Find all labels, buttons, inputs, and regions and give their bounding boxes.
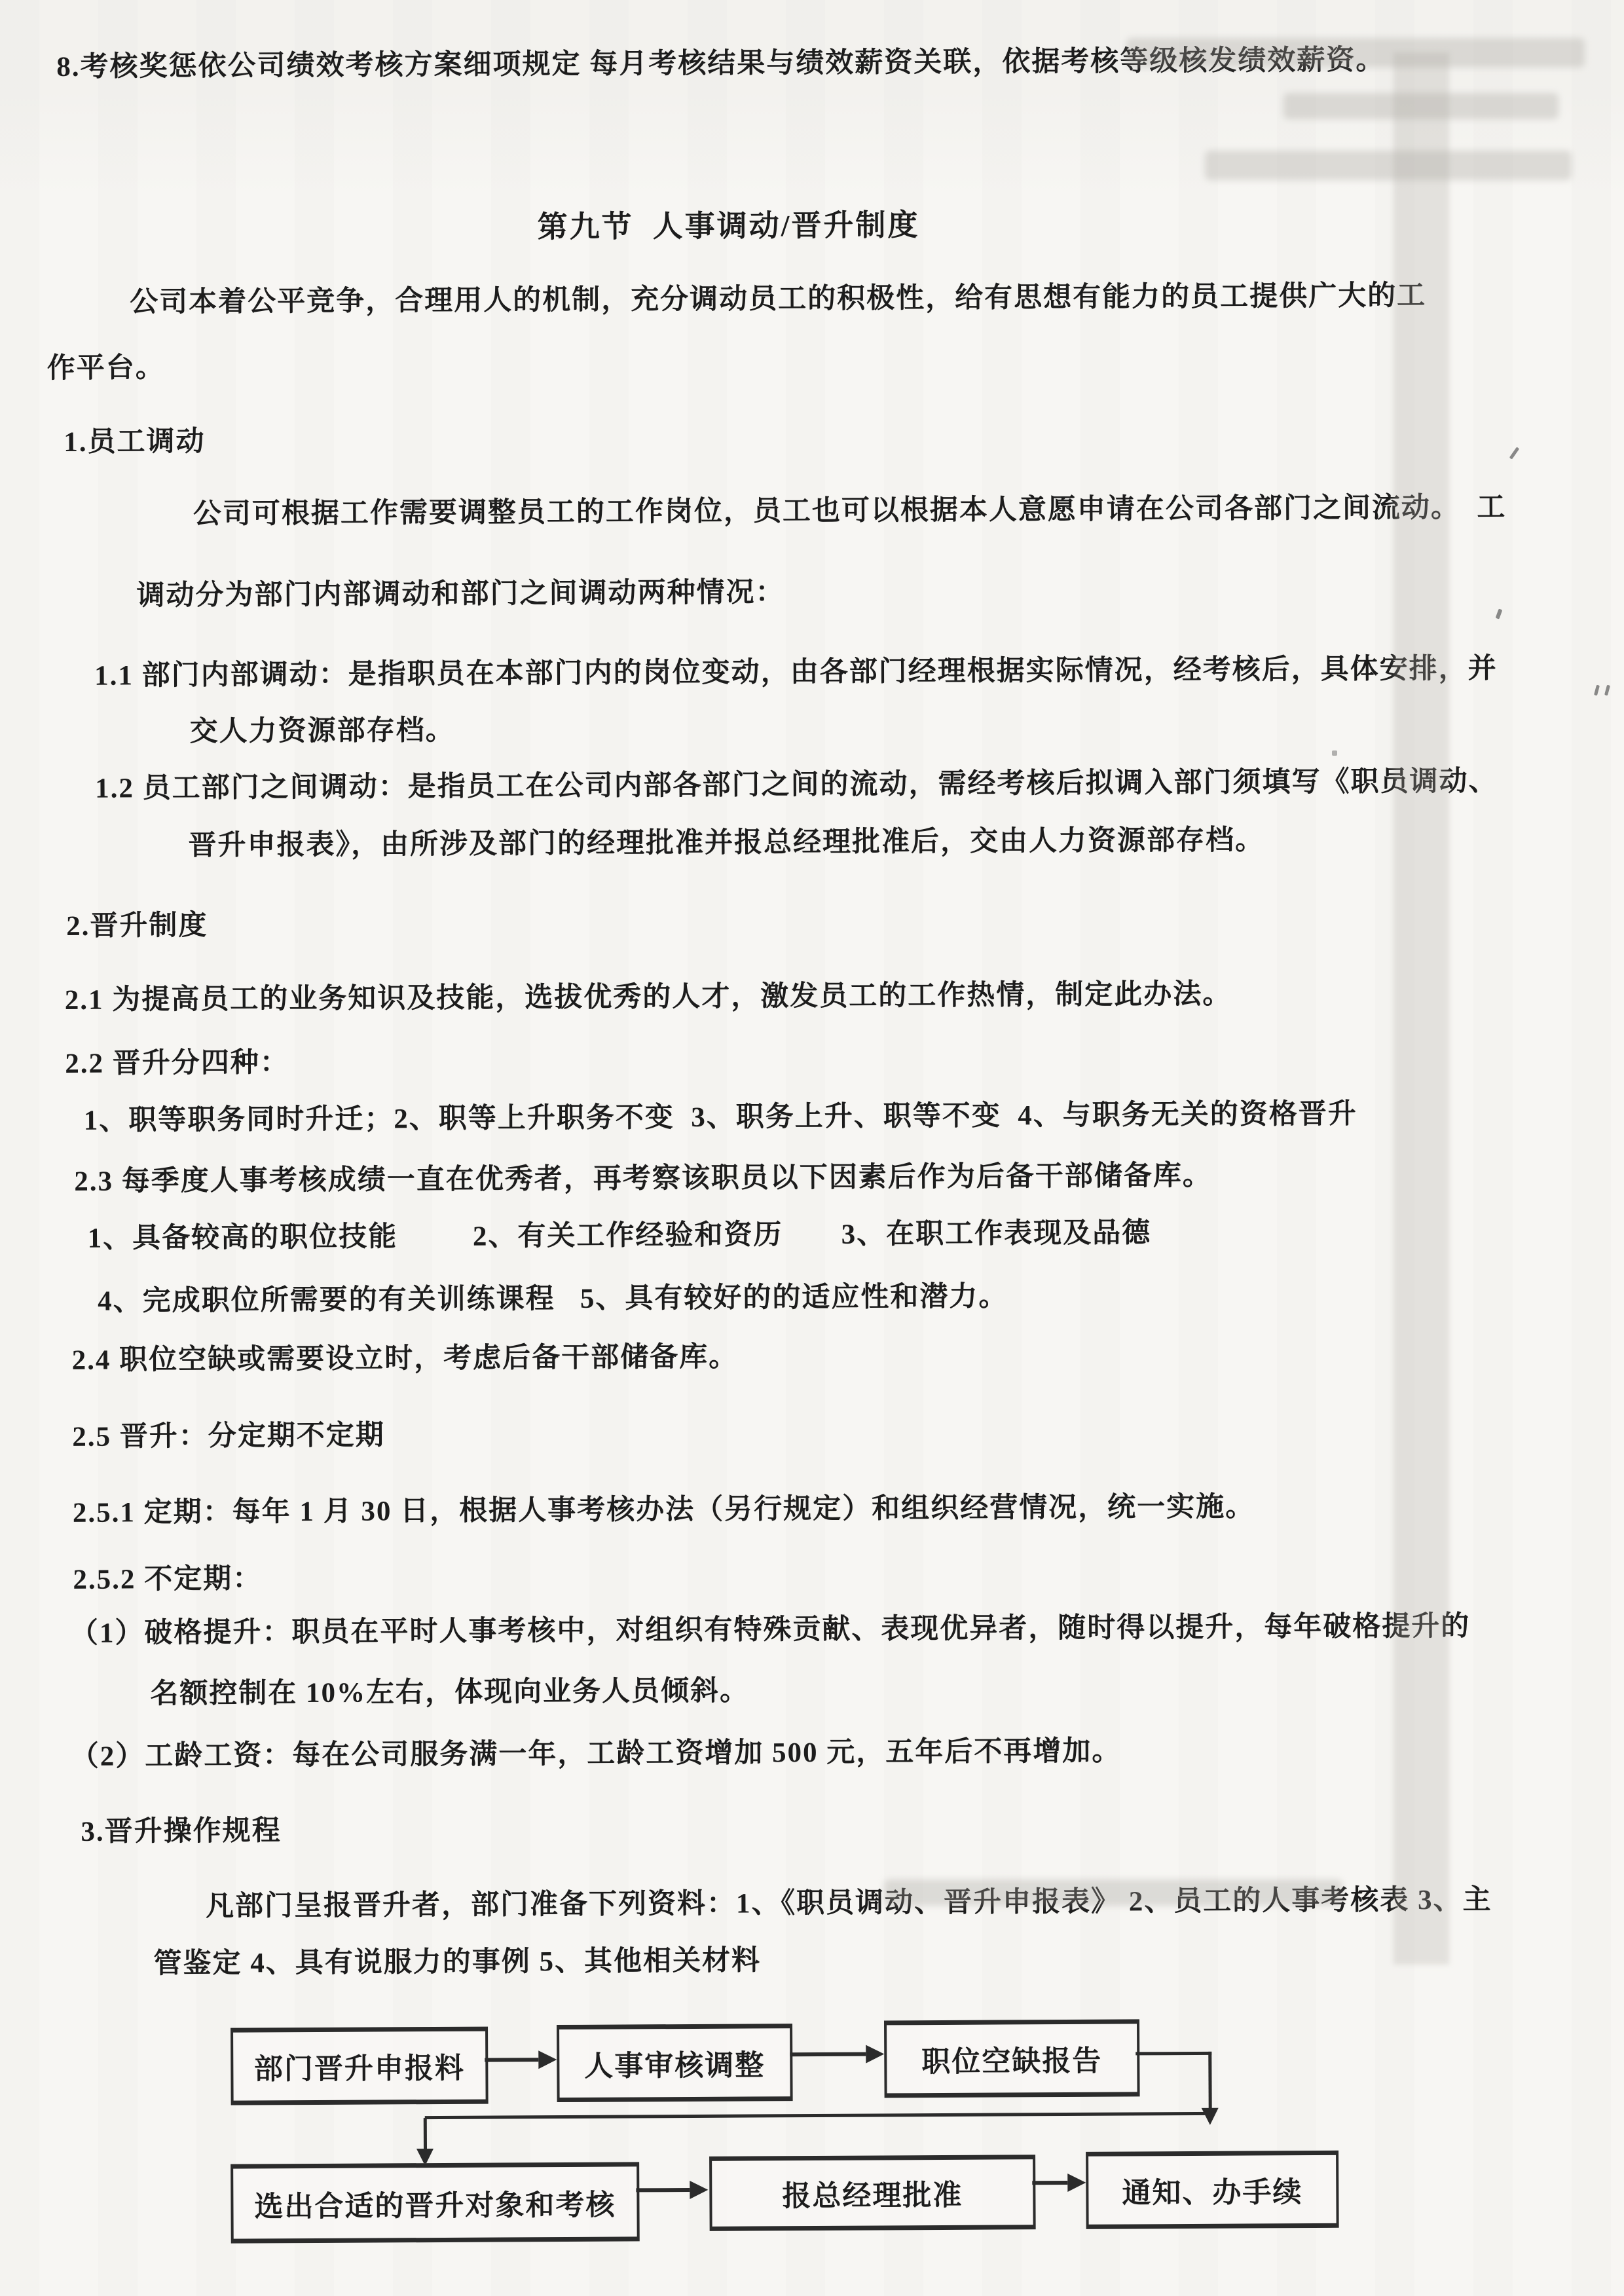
scan-speck-5: [1332, 750, 1337, 756]
scan-smudge-top-3: [1205, 151, 1572, 180]
clause-1-1-line-2: 交人力资源部存档。: [190, 714, 455, 749]
flow-arrow-1-2-icon: [485, 2058, 538, 2062]
clause-2-2-line: 2.2 晋升分四种：: [65, 1046, 289, 1081]
flow-arrow-5-6-icon: [1032, 2181, 1067, 2185]
flow-box-department-application: 部门晋升申报料: [231, 2027, 489, 2105]
scan-streak-band: [1393, 52, 1449, 1965]
heading-3-procedure: 3.晋升操作规程: [81, 1815, 282, 1849]
document-content: 8.考核奖惩依公司绩效考核方案细项规定 每月考核结果与绩效薪资关联，依据考核等级…: [0, 0, 1624, 2296]
flow-connector-stub: [1135, 2052, 1211, 2056]
seniority-pay-line: （2）工龄工资：每在公司服务满一年，工龄工资增加 500 元，五年后不再增加。: [71, 1735, 1122, 1773]
intro-line-1: 公司本着公平竞争，合理用人的机制，充分调动员工的积极性，给有思想有能力的员工提供…: [130, 280, 1426, 319]
scan-smudge-top-1: [1126, 38, 1585, 67]
clause-1-1-line-1: 1.1 部门内部调动：是指职员在本部门内的岗位变动，由各部门经理根据实际情况，经…: [94, 653, 1498, 693]
clause-2-5-2-line: 2.5.2 不定期：: [73, 1563, 262, 1597]
clause-1-2-line-2: 晋升申报表》，由所涉及部门的经理批准并报总经理批准后，交由人力资源部存档。: [188, 824, 1264, 862]
flow-connector-right-drop: [1208, 2052, 1211, 2111]
clause-2-2-items-line: 1、职等职务同时升迁；2、职等上升职务不变 3、职务上升、职等不变 4、与职务无…: [84, 1098, 1357, 1138]
exceptional-promotion-line-1: （1）破格提升：职员在平时人事考核中，对组织有特殊贡献、表现优异者，随时得以提升…: [70, 1610, 1471, 1650]
promotion-flowchart: 部门晋升申报料 人事审核调整 职位空缺报告 选出合适的晋升对象和考核 报总经理批…: [0, 0, 1618, 5]
clause-2-3-line: 2.3 每季度人事考核成绩一直在优秀者，再考察该职员以下因素后作为后备干部储备库…: [74, 1160, 1212, 1198]
flow-connector-return-line: [425, 2112, 1212, 2119]
clause-2-5-line: 2.5 晋升：分定期不定期: [72, 1419, 385, 1453]
clause-1-2-line-1: 1.2 员工部门之间调动：是指员工在公司内部各部门之间的流动，需经考核后拟调入部…: [95, 766, 1498, 805]
exceptional-promotion-line-2: 名额控制在 10%左右，体现向业务人员倾斜。: [150, 1675, 749, 1711]
section-title: 第九节 人事调动/晋升制度: [538, 209, 920, 244]
flow-connector-left-drop: [424, 2118, 427, 2151]
heading-2-promotion-system: 2.晋升制度: [66, 910, 208, 943]
clause-2-3-factors-line-1: 1、具备较高的职位技能 2、有关工作经验和资历 3、在职工作表现及品德: [88, 1217, 1152, 1255]
flow-arrowhead-down-right-icon: [1202, 2108, 1219, 2125]
flow-box-notify-process: 通知、办手续: [1086, 2151, 1339, 2229]
flow-box-vacancy-report: 职位空缺报告: [884, 2019, 1140, 2098]
scanned-document-page: 8.考核奖惩依公司绩效考核方案细项规定 每月考核结果与绩效薪资关联，依据考核等级…: [0, 0, 1624, 2296]
clause-2-1-line: 2.1 为提高员工的业务知识及技能，选拔优秀的人才，激发员工的工作热情，制定此办…: [65, 978, 1232, 1017]
flow-arrow-4-5-icon: [636, 2188, 690, 2192]
clause-2-4-line: 2.4 职位空缺或需要设立时，考虑后备干部储备库。: [72, 1341, 739, 1377]
flow-box-gm-approval: 报总经理批准: [709, 2155, 1036, 2231]
intro-line-2: 作平台。: [47, 352, 165, 385]
flow-box-select-candidates: 选出合适的晋升对象和考核: [231, 2162, 640, 2243]
flow-arrow-2-3-icon: [790, 2052, 866, 2057]
flow-box-hr-review: 人事审核调整: [557, 2024, 793, 2102]
procedure-para-line-2: 管鉴定 4、具有说服力的事例 5、其他相关材料: [153, 1944, 761, 1980]
clause-2-3-factors-line-2: 4、完成职位所需要的有关训练课程 5、具有较好的的适应性和潜力。: [98, 1280, 1008, 1318]
transfer-para-line-2: 调动分为部门内部调动和部门之间调动两种情况：: [136, 576, 784, 612]
transfer-para-line-1: 公司可根据工作需要调整员工的工作岗位，员工也可以根据本人意愿申请在公司各部门之间…: [193, 491, 1507, 531]
scan-smudge-top-2: [1283, 93, 1559, 119]
clause-2-5-1-line: 2.5.1 定期：每年 1 月 30 日，根据人事考核办法（另行规定）和组织经营…: [73, 1491, 1255, 1529]
heading-1-employee-transfer: 1.员工调动: [64, 426, 206, 459]
scan-smudge-mid: [884, 1879, 1342, 1906]
